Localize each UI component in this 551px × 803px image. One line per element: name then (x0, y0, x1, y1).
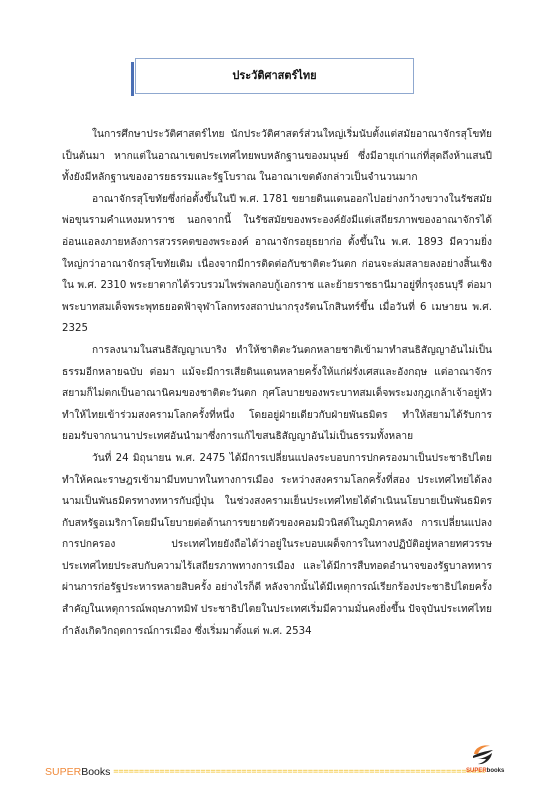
footer-brand-books: Books (81, 766, 110, 778)
page-footer: SUPERBooks =============================… (45, 764, 485, 780)
title-box: ประวัติศาสตร์ไทย (135, 58, 414, 94)
document-body: ในการศึกษาประวัติศาสตร์ไทย นักประวัติศาส… (62, 124, 492, 642)
paragraph-4: วันที่ 24 มิถุนายน พ.ศ. 2475 ได้มีการเปล… (62, 448, 492, 642)
title-accent-bar (131, 62, 134, 96)
superbooks-logo: SUPERbooks (460, 742, 510, 782)
footer-rule: ========================================… (113, 767, 485, 777)
paragraph-2: อาณาจักรสุโขทัยซึ่งก่อตั้งขึ้นในปี พ.ศ. … (62, 189, 492, 340)
paragraph-1: ในการศึกษาประวัติศาสตร์ไทย นักประวัติศาส… (62, 124, 492, 189)
superbooks-swirl-logo-icon (470, 742, 496, 768)
page-title: ประวัติศาสตร์ไทย (136, 66, 413, 84)
footer-brand-super: SUPER (45, 766, 81, 778)
paragraph-3: การลงนามในสนธิสัญญาเบาริง ทำให้ชาติตะวัน… (62, 340, 492, 448)
logo-wordmark: SUPERbooks (466, 768, 504, 774)
